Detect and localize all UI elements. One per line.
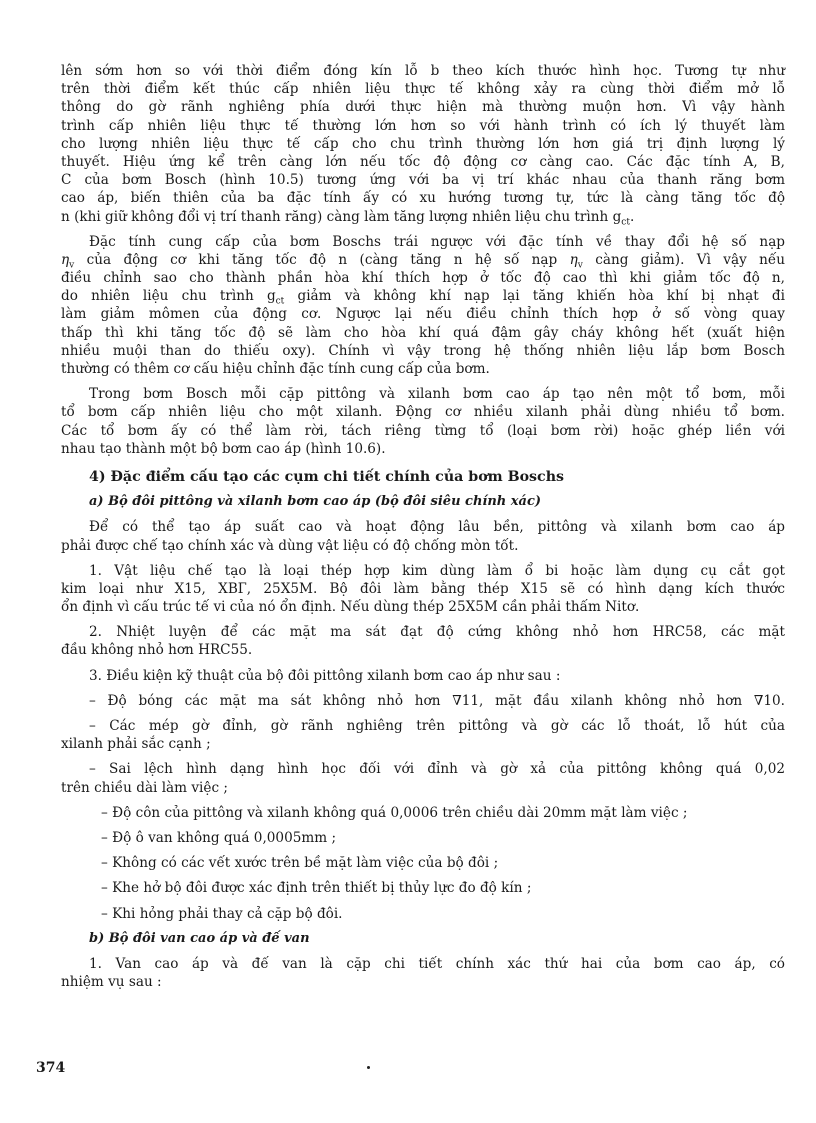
text-line: tổ bơm cấp nhiên liệu cho một xilanh. Độ… xyxy=(61,403,785,421)
page-body: lên sớm hơn so với thời điểm đóng kín lỗ… xyxy=(61,62,785,991)
paragraph-3: Trong bơm Bosch mỗi cặp pittông và xilan… xyxy=(61,385,785,458)
paragraph-2: Đặc tính cung cấp của bơm Boschs trái ng… xyxy=(61,233,785,379)
text-line: – Sai lệch hình dạng hình học đối với đỉ… xyxy=(61,760,785,778)
text-line: thường có thêm cơ cấu hiệu chỉnh đặc tín… xyxy=(61,360,785,378)
list-item: 1. Vật liệu chế tạo là loại thép hợp kim… xyxy=(61,562,785,617)
text-line: nhiều muội than do thiếu oxy). Chính vì … xyxy=(61,342,785,360)
text-fragment: giảm và không khí nạp lại tăng khiến hòa… xyxy=(284,288,785,304)
text-line: C của bơm Bosch (hình 10.5) tương ứng vớ… xyxy=(61,171,785,189)
text-fragment: . xyxy=(630,209,634,225)
text-line: 1. Van cao áp và đế van là cặp chi tiết … xyxy=(61,955,785,973)
condition-item: – Khe hở bộ đôi được xác định trên thiết… xyxy=(61,879,785,897)
text-line: nhau tạo thành một bộ bơm cao áp (hình 1… xyxy=(61,440,785,458)
list-item: 2. Nhiệt luyện để các mặt ma sát đạt độ … xyxy=(61,623,785,659)
text-line: cao áp, biến thiên của ba đặc tính ấy có… xyxy=(61,189,785,207)
text-fragment: n (khi giữ không đổi vị trí thanh răng) … xyxy=(61,209,621,225)
text-fragment: do nhiên liệu chu trình xyxy=(61,288,267,304)
g-symbol: g xyxy=(267,288,276,304)
eta-symbol: η xyxy=(570,252,578,268)
text-line: thấp thì khi tăng tốc độ sẽ làm cho hòa … xyxy=(61,324,785,342)
text-fragment: càng giảm). Vì vậy nếu xyxy=(583,252,785,268)
text-line: cho lượng nhiên liệu thực tế cấp cho chu… xyxy=(61,135,785,153)
text-line: xilanh phải sắc cạnh ; xyxy=(61,735,785,753)
subsection-a-intro: Để có thể tạo áp suất cao và hoạt động l… xyxy=(61,518,785,554)
text-line: do nhiên liệu chu trình gct giảm và khôn… xyxy=(61,287,785,305)
text-line: ηv của động cơ khi tăng tốc độ n (càng t… xyxy=(61,251,785,269)
subsection-heading-a: a) Bộ đôi pittông và xilanh bơm cao áp (… xyxy=(61,493,785,511)
condition-item: – Các mép gờ đỉnh, gờ rãnh nghiêng trên … xyxy=(61,717,785,753)
text-line: đầu không nhỏ hơn HRC55. xyxy=(61,641,785,659)
subsection-heading-b: b) Bộ đôi van cao áp và đế van xyxy=(61,930,785,948)
text-line: Để có thể tạo áp suất cao và hoạt động l… xyxy=(61,518,785,536)
scan-speck xyxy=(367,1066,370,1069)
text-line: thuyết. Hiệu ứng kể trên càng lớn nếu tố… xyxy=(61,153,785,171)
text-line: nhiệm vụ sau : xyxy=(61,973,785,991)
text-fragment: của động cơ khi tăng tốc độ n (càng tăng… xyxy=(87,252,570,268)
list-item: 3. Điều kiện kỹ thuật của bộ đôi pittông… xyxy=(61,667,785,685)
text-line: thông do gờ rãnh nghiêng phía dưới thực … xyxy=(61,98,785,116)
eta-symbol: η xyxy=(61,252,69,268)
text-line: Đặc tính cung cấp của bơm Boschs trái ng… xyxy=(61,233,785,251)
text-line: Các tổ bơm ấy có thể làm rời, tách riêng… xyxy=(61,422,785,440)
text-line: Trong bơm Bosch mỗi cặp pittông và xilan… xyxy=(61,385,785,403)
text-line: ổn định vì cấu trúc tế vi của nó ổn định… xyxy=(61,598,785,616)
paragraph-1: lên sớm hơn so với thời điểm đóng kín lỗ… xyxy=(61,62,785,226)
list-item: 1. Van cao áp và đế van là cặp chi tiết … xyxy=(61,955,785,991)
condition-item: – Khi hỏng phải thay cả cặp bộ đôi. xyxy=(61,905,785,923)
text-line: điều chỉnh sao cho thành phần hòa khí th… xyxy=(61,269,785,287)
text-line: phải được chế tạo chính xác và dùng vật … xyxy=(61,537,785,555)
text-line: 2. Nhiệt luyện để các mặt ma sát đạt độ … xyxy=(61,623,785,641)
condition-item: – Không có các vết xước trên bề mặt làm … xyxy=(61,854,785,872)
text-line: – Các mép gờ đỉnh, gờ rãnh nghiêng trên … xyxy=(61,717,785,735)
text-line: trình cấp nhiên liệu thực tế thường lớn … xyxy=(61,117,785,135)
text-line: kim loại như X15, XBГ, 25X5M. Bộ đôi làm… xyxy=(61,580,785,598)
page-number: 374 xyxy=(36,1060,65,1076)
condition-item: – Sai lệch hình dạng hình học đối với đỉ… xyxy=(61,760,785,796)
text-line: lên sớm hơn so với thời điểm đóng kín lỗ… xyxy=(61,62,785,80)
section-heading: 4) Đặc điểm cấu tạo các cụm chi tiết chí… xyxy=(61,468,785,486)
condition-item: – Độ côn của pittông và xilanh không quá… xyxy=(61,804,785,822)
subscript: ct xyxy=(621,217,630,227)
text-line: 1. Vật liệu chế tạo là loại thép hợp kim… xyxy=(61,562,785,580)
condition-item: – Độ ô van không quá 0,0005mm ; xyxy=(61,829,785,847)
condition-item: – Độ bóng các mặt ma sát không nhỏ hơn ∇… xyxy=(61,692,785,710)
text-line: n (khi giữ không đổi vị trí thanh răng) … xyxy=(61,208,785,226)
text-line: làm giảm mômen của động cơ. Ngược lại nế… xyxy=(61,305,785,323)
text-line: trên thời điểm kết thúc cấp nhiên liệu t… xyxy=(61,80,785,98)
text-line: trên chiều dài làm việc ; xyxy=(61,779,785,797)
